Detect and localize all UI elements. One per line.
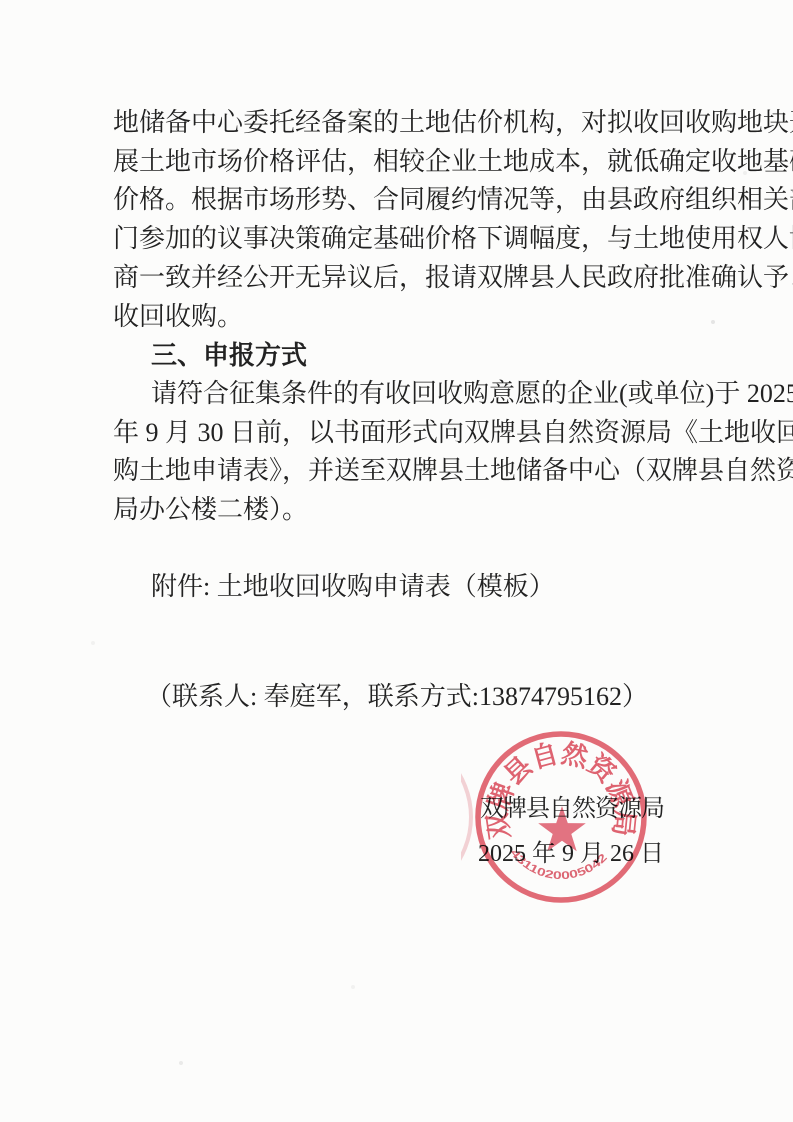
contact-line: （联系人: 奉庭军，联系方式:13874795162） xyxy=(146,676,648,713)
scanned-document-page: 地储备中心委托经备案的土地估价机构，对拟收回收购地块开 展土地市场价格评估，相较… xyxy=(0,0,793,1122)
body-line: 请符合征集条件的有收回收购意愿的企业(或单位)于 2025 xyxy=(113,375,693,414)
body-line: 购土地申请表》，并送至双牌县土地储备中心（双牌县自然资源 xyxy=(113,452,693,491)
body-line: 局办公楼二楼）。 xyxy=(113,491,693,530)
seal-star-icon xyxy=(538,806,586,851)
body-line: 收回收购。 xyxy=(113,298,693,337)
body-line: 门参加的议事决策确定基础价格下调幅度，与土地使用权人协 xyxy=(113,220,693,259)
official-seal: 双牌县自然资源局 4311020005042 xyxy=(461,717,661,917)
body-line: 年 9 月 30 日前，以书面形式向双牌县自然资源局《土地收回收 xyxy=(113,414,693,453)
body-line: 商一致并经公开无异议后，报请双牌县人民政府批准确认予以 xyxy=(113,259,693,298)
seal-serial-number: 4311020005042 xyxy=(508,847,610,882)
svg-text:4311020005042: 4311020005042 xyxy=(508,847,610,882)
seal-ghost-ring xyxy=(461,733,471,901)
document-body: 地储备中心委托经备案的土地估价机构，对拟收回收购地块开 展土地市场价格评估，相较… xyxy=(113,104,693,530)
body-line: 地储备中心委托经备案的土地估价机构，对拟收回收购地块开 xyxy=(113,104,693,143)
section-heading: 三、申报方式 xyxy=(113,336,693,375)
scan-speckles xyxy=(0,0,2,2)
attachment-line: 附件: 土地收回收购申请表（模板） xyxy=(151,566,555,603)
body-line: 价格。根据市场形势、合同履约情况等，由县政府组织相关部 xyxy=(113,181,693,220)
body-line: 展土地市场价格评估，相较企业土地成本，就低确定收地基础 xyxy=(113,143,693,182)
